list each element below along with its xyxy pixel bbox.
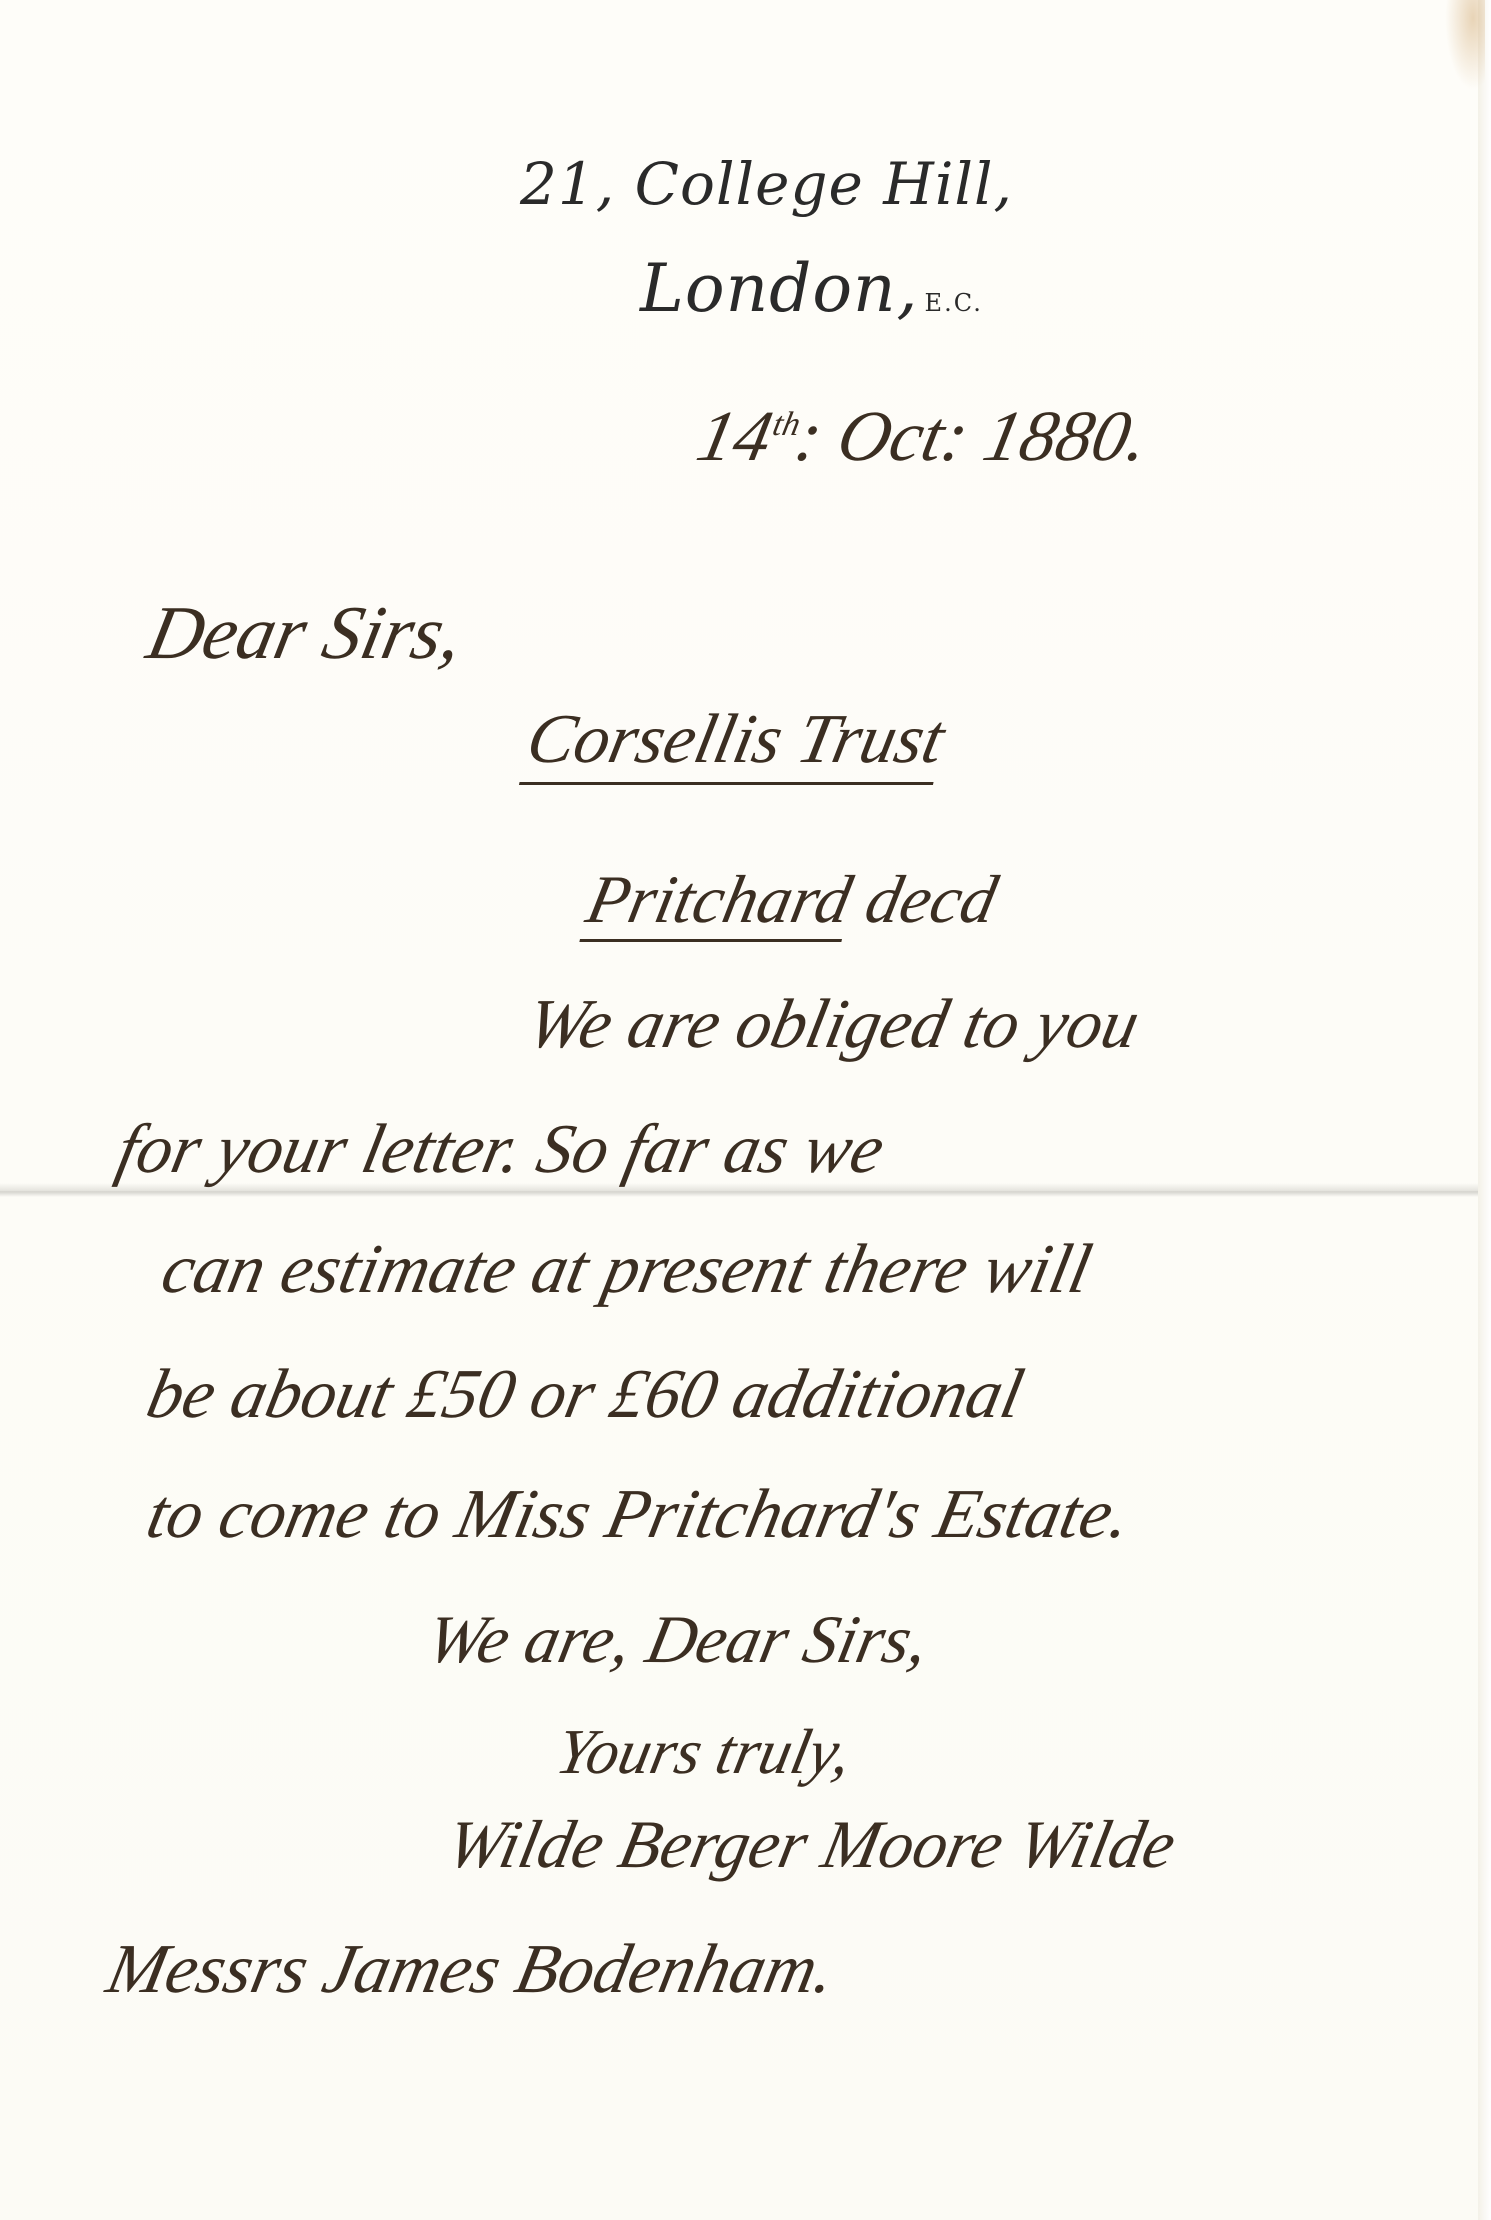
subject-deceased-abbr: decd — [842, 861, 1004, 937]
valediction: Yours truly, — [550, 1715, 859, 1789]
date-day: 14 — [690, 396, 779, 476]
body-line-3: can estimate at present there will — [155, 1230, 1098, 1310]
letterhead-street: 21, College Hill, — [520, 150, 1013, 218]
date-rest: : Oct: 1880. — [789, 396, 1156, 476]
letter-date: 14th: Oct: 1880. — [690, 395, 1156, 478]
corner-stain — [1445, 0, 1485, 90]
letterhead-postcode: E.C. — [925, 289, 983, 317]
paper-edge — [1478, 0, 1491, 2220]
subject-deceased-name: Pritchard — [579, 861, 858, 942]
addressee: Messrs James Bodenham. — [100, 1930, 842, 2010]
subject-trust-name: Corsellis Trust — [519, 701, 951, 785]
body-line-4: be about £50 or £60 additional — [140, 1355, 1030, 1435]
closing-line: We are, Dear Sirs, — [420, 1600, 936, 1679]
body-line-1: We are obliged to you — [520, 985, 1146, 1065]
signature: Wilde Berger Moore Wilde — [440, 1805, 1183, 1884]
letterhead-city: London,E.C. — [640, 250, 983, 327]
body-line-5: to come to Miss Pritchard's Estate. — [140, 1475, 1138, 1555]
salutation: Dear Sirs, — [140, 590, 471, 677]
subject-line-1: Corsellis Trust — [520, 700, 951, 780]
letterhead-city-name: London, — [640, 250, 919, 327]
body-line-2: for your letter. So far as we — [110, 1110, 891, 1190]
subject-line-2: Pritchard decd — [580, 860, 1004, 939]
